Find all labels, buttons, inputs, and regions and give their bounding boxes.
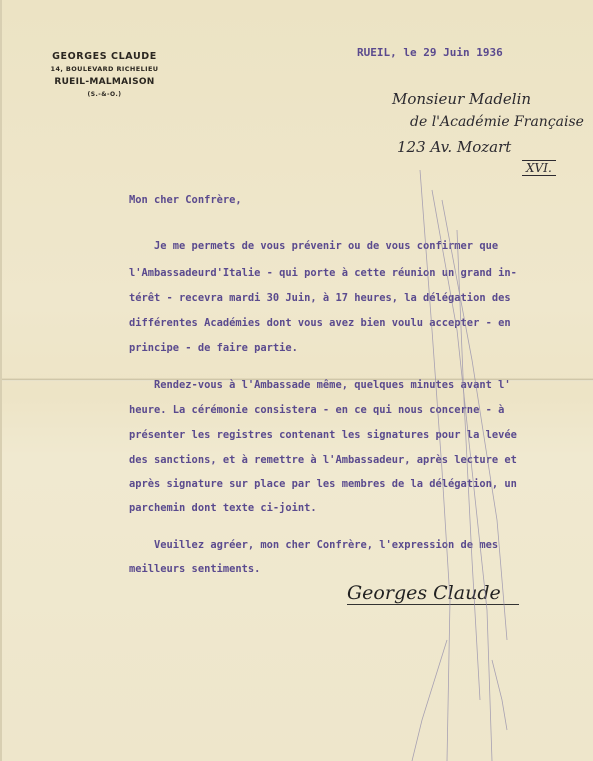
body-line: heure. La cérémonie consistera - en ce q… <box>129 404 504 416</box>
body-line: Veuillez agréer, mon cher Confrère, l'ex… <box>129 539 498 551</box>
letter-page: GEORGES CLAUDE 14, BOULEVARD RICHELIEU R… <box>0 0 593 761</box>
recipient-address: 123 Av. Mozart <box>397 138 511 156</box>
body-line: parchemin dont texte ci-joint. <box>129 502 317 514</box>
body-line: des sanctions, et à remettre à l'Ambassa… <box>129 454 517 466</box>
letterhead-city: RUEIL-MALMAISON <box>32 75 177 89</box>
letterhead-name: GEORGES CLAUDE <box>32 50 177 63</box>
letterhead-department: (S.-&-O.) <box>32 89 177 100</box>
recipient-title: de l'Académie Française <box>410 114 584 130</box>
body-line: différentes Académies dont vous avez bie… <box>129 317 511 329</box>
body-line: Je me permets de vous prévenir ou de vou… <box>129 240 498 252</box>
body-line: présenter les registres contenant les si… <box>129 429 517 441</box>
letterhead-address: 14, BOULEVARD RICHELIEU <box>32 63 177 75</box>
body-line: après signature sur place par les membre… <box>129 478 517 490</box>
letterhead: GEORGES CLAUDE 14, BOULEVARD RICHELIEU R… <box>32 50 177 100</box>
body-line: térêt - recevra mardi 30 Juin, à 17 heur… <box>129 292 511 304</box>
body-line: Rendez-vous à l'Ambassade même, quelques… <box>129 379 511 391</box>
recipient-name: Monsieur Madelin <box>392 90 531 108</box>
body-line: l'Ambassadeurd'Italie - qui porte à cett… <box>129 267 517 279</box>
body-line: principe - de faire partie. <box>129 342 298 354</box>
salutation: Mon cher Confrère, <box>129 194 242 206</box>
recipient-arrondissement: XVI. <box>522 160 556 176</box>
body-line: meilleurs sentiments. <box>129 563 260 575</box>
signature: Georges Claude <box>347 582 519 605</box>
dateline: RUEIL, le 29 Juin 1936 <box>357 46 503 59</box>
